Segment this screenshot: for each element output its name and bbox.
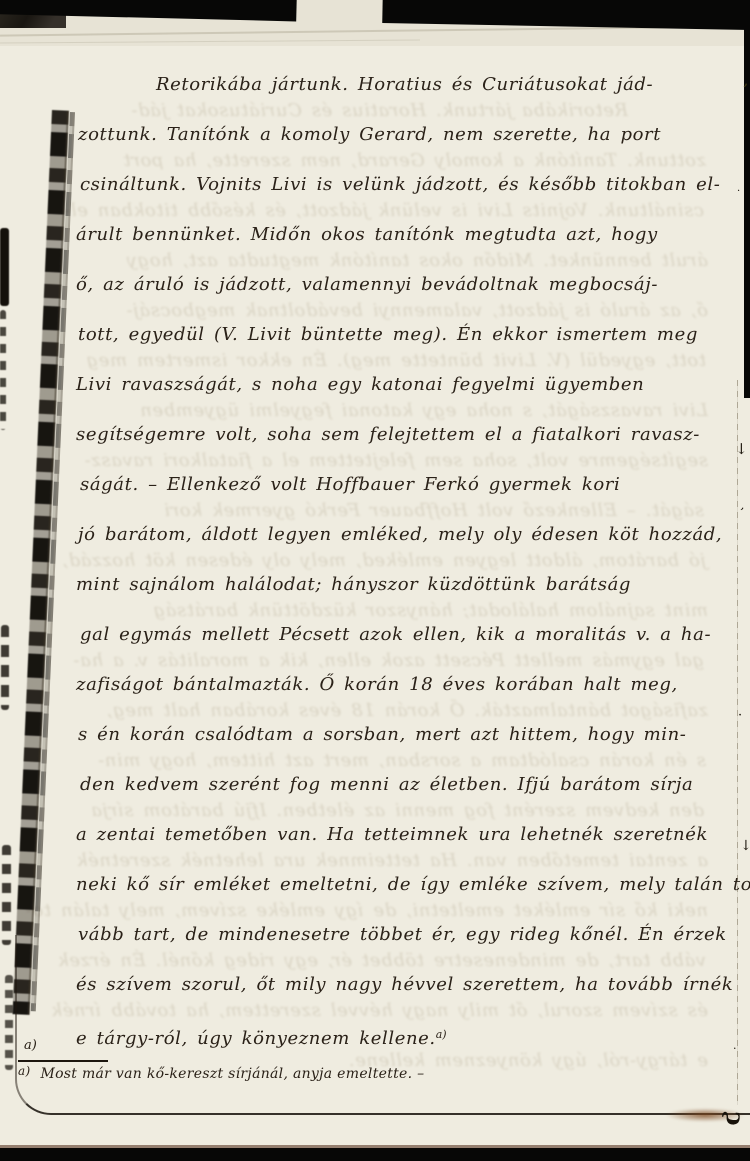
manuscript-line: zafiságot bántalmazták. Ő korán 18 éves … bbox=[76, 660, 724, 710]
manuscript-line: den kedvem szerént fog menni az életben.… bbox=[80, 760, 724, 810]
manuscript-line: e tárgy-ról, úgy könyeznem kellene.a) bbox=[76, 1010, 724, 1060]
manuscript-line: zottunk. Tanítónk a komoly Gerard, nem s… bbox=[78, 110, 724, 160]
footnote: a)Most már van kő-kereszt sírjánál, anyj… bbox=[18, 1064, 618, 1082]
margin-down-arrow-mark: ↓ bbox=[735, 440, 748, 458]
footnote-marker: a) bbox=[18, 1064, 30, 1078]
manuscript-line: jó barátom, áldott legyen emléked, mely … bbox=[78, 510, 724, 560]
scanner-bar-bottom bbox=[0, 1148, 750, 1161]
margin-ink-mark: · bbox=[733, 1042, 737, 1055]
left-edge-ink-blot bbox=[5, 975, 13, 1070]
manuscript-line: neki kő sír emléket emeltetni, de így em… bbox=[76, 860, 724, 910]
left-edge-ink-blot bbox=[0, 310, 6, 430]
manuscript-line: a zentai temetőben van. Ha tetteimnek ur… bbox=[76, 810, 724, 860]
manuscript-line: mint sajnálom halálodat; hányszor küzdöt… bbox=[76, 560, 724, 610]
manuscript-line: Retorikába jártunk. Horatius és Curiátus… bbox=[76, 60, 724, 110]
left-edge-ink-blot bbox=[1, 625, 9, 710]
margin-ink-mark: · bbox=[738, 708, 742, 723]
manuscript-line: vább tart, de mindenesetre többet ér, eg… bbox=[78, 910, 724, 960]
margin-down-arrow-mark: ↓ bbox=[740, 838, 750, 854]
manuscript-line-text: e tárgy-ról, úgy könyeznem kellene. bbox=[76, 1028, 436, 1049]
manuscript-line: gal egymás mellett Pécsett azok ellen, k… bbox=[80, 610, 724, 660]
manuscript-line: tott, egyedül (V. Livit büntette meg). É… bbox=[78, 310, 724, 360]
manuscript-line: Livi ravaszságát, s noha egy katonai feg… bbox=[76, 360, 724, 410]
manuscript-line: csináltunk. Vojnits Livi is velünk jádzo… bbox=[80, 160, 724, 210]
scanned-manuscript-page: Retorikába jártunk. Horatius és Curiátus… bbox=[0, 0, 750, 1161]
manuscript-line: s én korán csalódtam a sorsban, mert azt… bbox=[78, 710, 724, 760]
manuscript-line: árult bennünket. Midőn okos tanítónk meg… bbox=[76, 210, 724, 260]
handwritten-text-block: Retorikába jártunk. Horatius és Curiátus… bbox=[76, 60, 724, 1060]
left-edge-ink-blot bbox=[2, 845, 11, 945]
footnote-text: Most már van kő-kereszt sírjánál, anyja … bbox=[40, 1066, 424, 1082]
page-curl-mark: ς bbox=[720, 1110, 750, 1127]
footnote-reference-mark: a) bbox=[436, 1028, 447, 1041]
manuscript-line: segítségemre volt, soha sem felejtettem … bbox=[76, 410, 724, 460]
manuscript-line: ő, az áruló is jádzott, valamennyi bevád… bbox=[76, 260, 724, 310]
right-sheet-edge-line bbox=[737, 380, 738, 1105]
footnote-separator-line bbox=[18, 1060, 108, 1062]
footnote-marker-above-line: a) bbox=[24, 1038, 37, 1053]
manuscript-line: és szívem szorul, őt mily nagy hévvel sz… bbox=[76, 960, 724, 1010]
margin-ink-mark: · bbox=[737, 186, 740, 197]
scanner-bar-right bbox=[744, 0, 750, 398]
manuscript-line: ságát. – Ellenkező volt Hoffbauer Ferkó … bbox=[80, 460, 724, 510]
left-edge-ink-blot bbox=[0, 228, 9, 306]
